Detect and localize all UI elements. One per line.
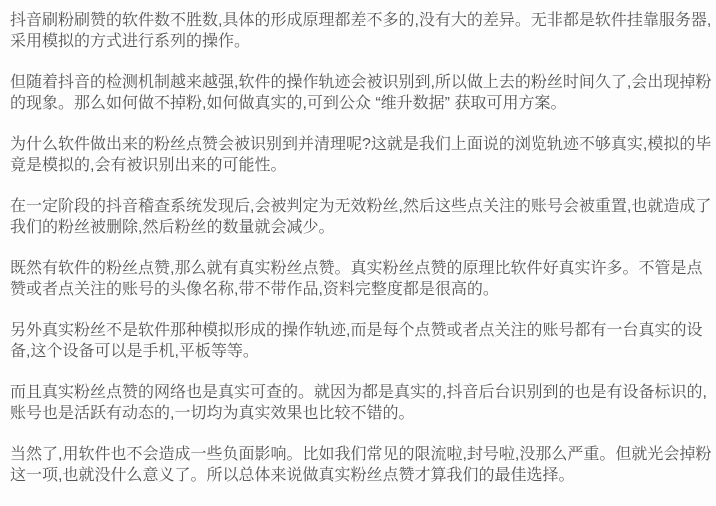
article-body: 抖音刷粉刷赞的软件数不胜数,具体的形成原理都差不多的,没有大的差异。无非都是软件…	[0, 0, 716, 496]
paragraph: 为什么软件做出来的粉丝点赞会被识别到并清理呢?这就是我们上面说的浏览轨迹不够真实…	[10, 134, 714, 176]
paragraph: 但随着抖音的检测机制越来越强,软件的操作轨迹会被识别到,所以做上去的粉丝时间久了…	[10, 72, 714, 114]
paragraph: 抖音刷粉刷赞的软件数不胜数,具体的形成原理都差不多的,没有大的差异。无非都是软件…	[10, 10, 714, 52]
paragraph: 而且真实粉丝点赞的网络也是真实可查的。就因为都是真实的,抖音后台识别到的也是有设…	[10, 382, 714, 424]
paragraph: 另外真实粉丝不是软件那种模拟形成的操作轨迹,而是每个点赞或者点关注的账号都有一台…	[10, 320, 714, 362]
paragraph: 既然有软件的粉丝点赞,那么就有真实粉丝点赞。真实粉丝点赞的原理比软件好真实许多。…	[10, 258, 714, 300]
paragraph: 在一定阶段的抖音稽查系统发现后,会被判定为无效粉丝,然后这些点关注的账号会被重置…	[10, 196, 714, 238]
paragraph: 当然了,用软件也不会造成一些负面影响。比如我们常见的限流啦,封号啦,没那么严重。…	[10, 444, 714, 486]
